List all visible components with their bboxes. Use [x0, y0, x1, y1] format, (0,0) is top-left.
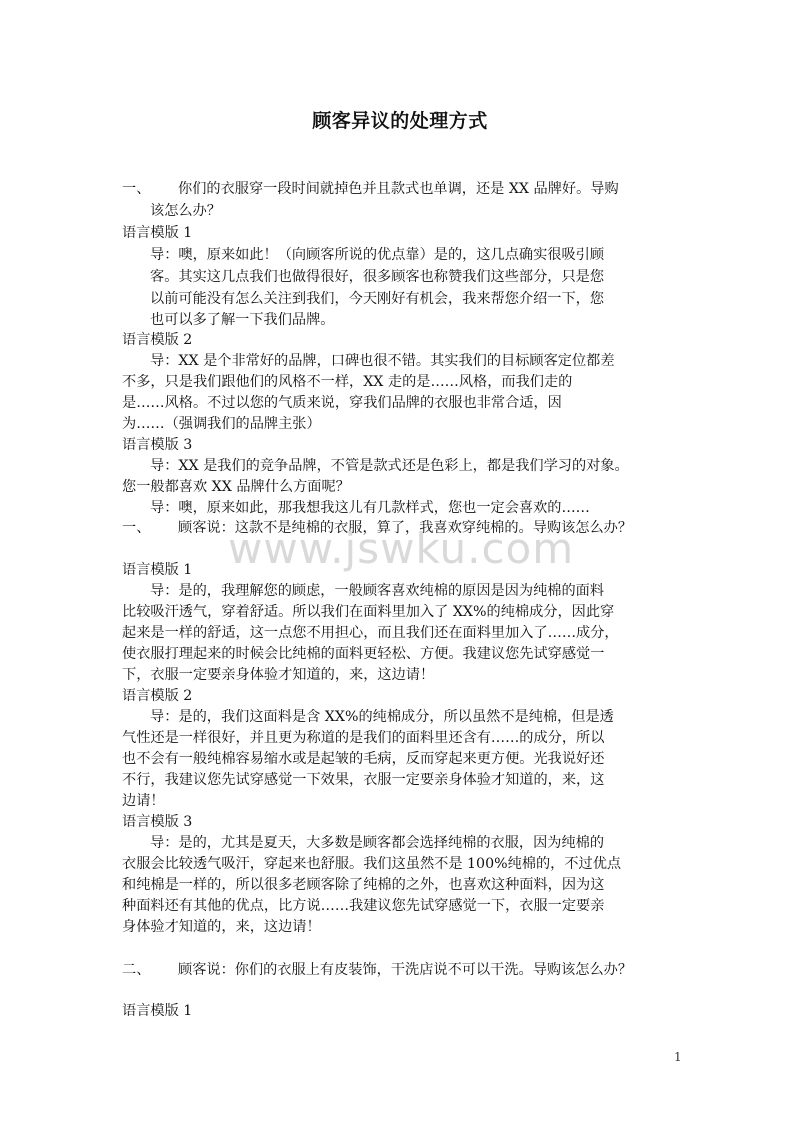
question-text: 顾客说：你们的衣服上有皮装饰，干洗店说不可以干洗。导购该怎么办？	[178, 962, 632, 978]
template-line: 您一般都喜欢 XX 品牌什么方面呢？	[122, 477, 350, 497]
template-line: 身体验才知道的，来，这边请！	[122, 917, 321, 937]
template-line: 下，衣服一定要亲身体验才知道的，来，这边请！	[122, 665, 434, 685]
section-1-question: 一、你们的衣服穿一段时间就掉色并且款式也单调，还是 XX 品牌好。导购	[122, 179, 619, 199]
template-line: 气性还是一样很好，并且更为称道的是我们的面料里还含有……的成分，所以	[122, 728, 604, 748]
template-line: 边请！	[122, 791, 165, 811]
template-line: 导：XX 是个非常好的品牌，口碑也很不错。其实我们的目标顾客定位都差	[150, 351, 615, 371]
template-line: 比较吸汗透气，穿着舒适。所以我们在面料里加入了 XX%的纯棉成分，因此穿	[122, 602, 614, 622]
template-line: 起来是一样的舒适，这一点您不用担心，而且我们还在面料里加入了……成分，	[122, 623, 619, 643]
template-label: 语言模版 3	[122, 812, 192, 832]
section-number: 一、	[122, 179, 178, 199]
template-line: 导：是的，我们这面料是含 XX%的纯棉成分，所以虽然不是纯棉，但是透	[150, 707, 614, 727]
template-line: 也可以多了解一下我们品牌。	[150, 310, 334, 330]
template-line: 导：XX 是我们的竞争品牌，不管是款式还是色彩上，都是我们学习的对象。	[150, 456, 629, 476]
template-line: 客。其实这几点我们也做得很好，很多顾客也称赞我们这些部分，只是您	[150, 267, 604, 287]
template-label: 语言模版 2	[122, 686, 192, 706]
template-line: 是……风格。不过以您的气质来说，穿我们品牌的衣服也非常合适，因	[122, 393, 562, 413]
section-1-question-cont: 该怎么办？	[150, 201, 221, 221]
document-title: 顾客异议的处理方式	[0, 106, 800, 133]
template-label: 语言模版 2	[122, 330, 192, 350]
template-line: 不多，只是我们跟他们的风格不一样，XX 走的是……风格，而我们走的	[122, 372, 572, 392]
template-line: 导：是的，我理解您的顾虑，一般顾客喜欢纯棉的原因是因为纯棉的面料	[150, 581, 604, 601]
section-number: 二、	[122, 960, 178, 980]
template-label: 语言模版 1	[122, 560, 192, 580]
template-line: 种面料还有其他的优点，比方说……我建议您先试穿感觉一下，衣服一定要亲	[122, 896, 604, 916]
template-line: 导：是的，尤其是夏天，大多数是顾客都会选择纯棉的衣服，因为纯棉的	[150, 833, 604, 853]
template-line: 以前可能没有怎么关注到我们，今天刚好有机会，我来帮您介绍一下，您	[150, 289, 604, 309]
template-line: 也不会有一般纯棉容易缩水或是起皱的毛病，反而穿起来更方便。光我说好还	[122, 749, 604, 769]
page-number: 1	[674, 1050, 682, 1064]
template-label: 语言模版 3	[122, 435, 192, 455]
template-line: 导：噢，原来如此，那我想我这儿有几款样式，您也一定会喜欢的……	[150, 498, 590, 518]
section-number: 一、	[122, 518, 178, 538]
template-line: 不行，我建议您先试穿感觉一下效果，衣服一定要亲身体验才知道的，来，这	[122, 770, 604, 790]
template-line: 衣服会比较透气吸汗，穿起来也舒服。我们这虽然不是 100%纯棉的，不过优点	[122, 854, 621, 874]
document-page: 顾客异议的处理方式 一、你们的衣服穿一段时间就掉色并且款式也单调，还是 XX 品…	[0, 0, 800, 1132]
template-label: 语言模版 1	[122, 223, 192, 243]
template-line: 使衣服打理起来的时候会比纯棉的面料更轻松、方便。我建议您先试穿感觉一	[122, 644, 604, 664]
template-line: 为……（强调我们的品牌主张）	[122, 414, 321, 434]
question-text: 你们的衣服穿一段时间就掉色并且款式也单调，还是 XX 品牌好。导购	[178, 181, 619, 197]
template-line: 导：噢，原来如此！（向顾客所说的优点靠）是的，这几点确实很吸引顾	[150, 245, 604, 265]
template-label: 语言模版 1	[122, 1001, 192, 1021]
section-3-question: 二、顾客说：你们的衣服上有皮装饰，干洗店说不可以干洗。导购该怎么办？	[122, 960, 632, 980]
template-line: 和纯棉是一样的，所以很多老顾客除了纯棉的之外，也喜欢这种面料，因为这	[122, 875, 604, 895]
watermark: www.jswku.com	[228, 524, 574, 573]
